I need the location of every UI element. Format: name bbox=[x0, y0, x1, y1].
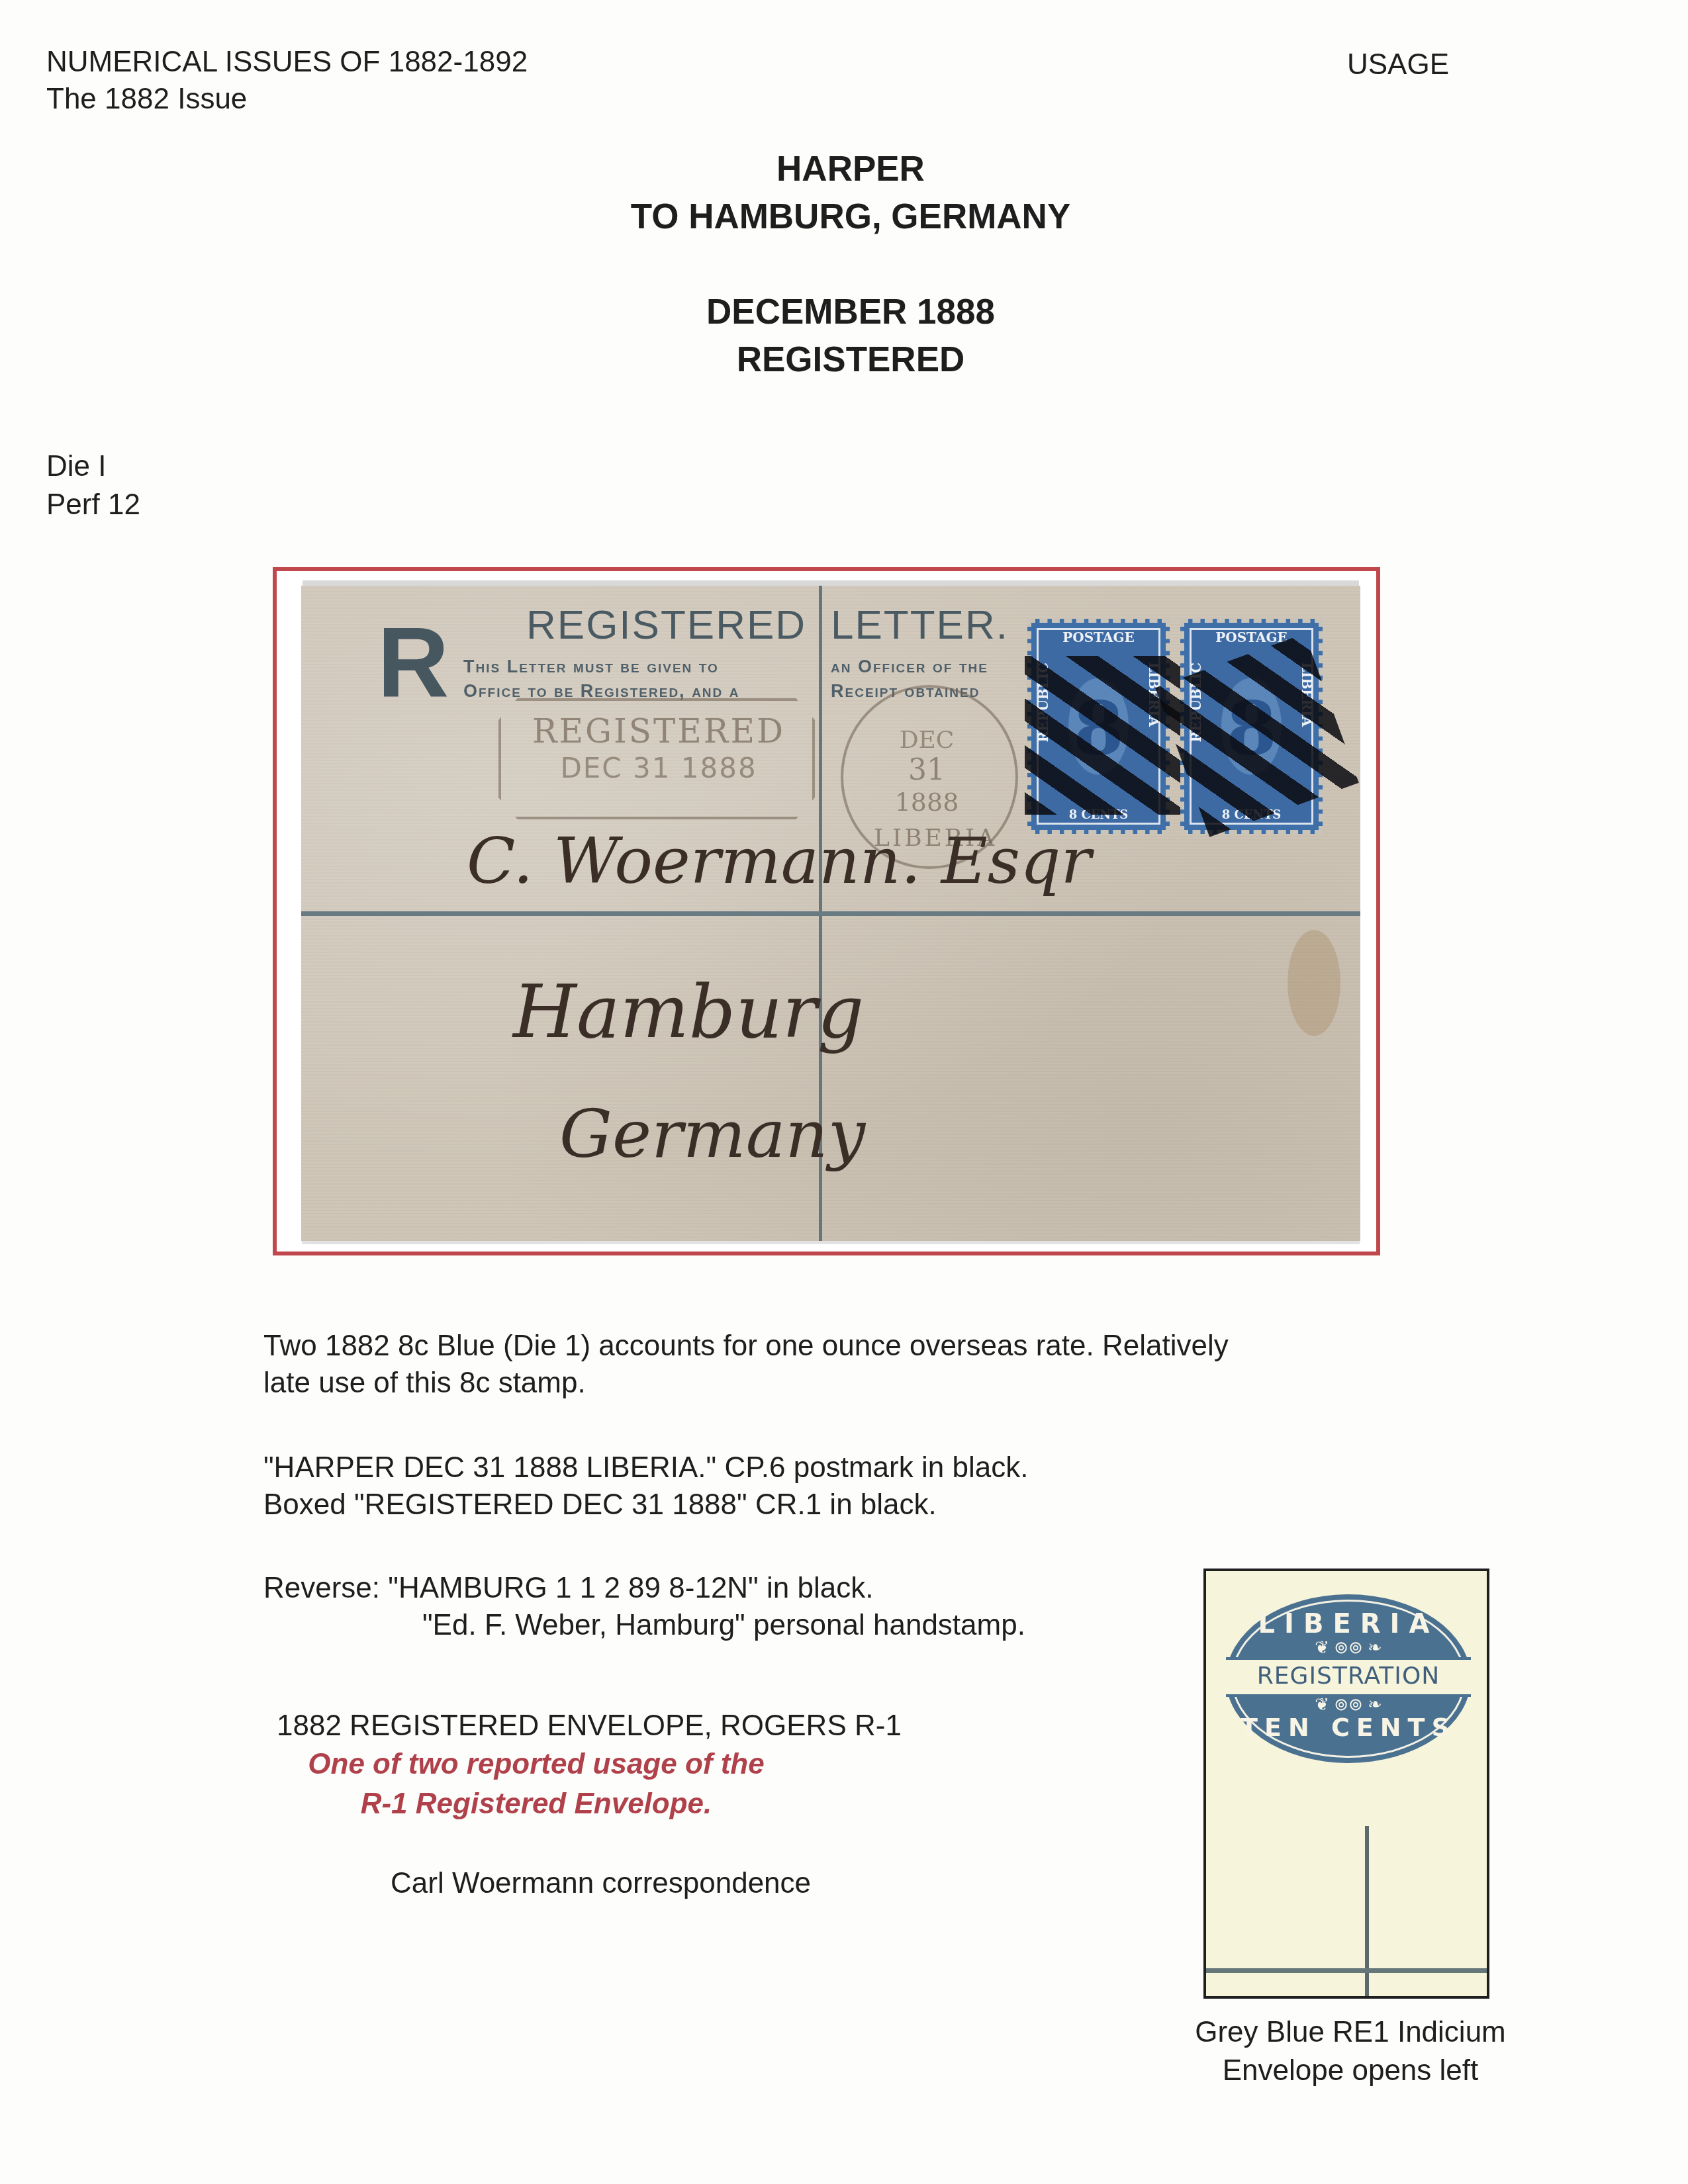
die-label: Die I bbox=[46, 447, 140, 486]
instruction-line-3: an Officer of the bbox=[831, 654, 988, 679]
reverse-description-2: "Ed. F. Weber, Hamburg" personal handsta… bbox=[422, 1607, 1025, 1644]
stamp-specs: Die I Perf 12 bbox=[46, 447, 140, 524]
reverse-description-1: Reverse: "HAMBURG 1 1 2 89 8-12N" in bla… bbox=[263, 1570, 873, 1607]
indicium-country: LIBERIA bbox=[1226, 1610, 1471, 1639]
envelope-heading-right: LETTER. bbox=[831, 599, 1009, 652]
address-city: Hamburg bbox=[513, 970, 864, 1054]
indicium-caption-2: Envelope opens left bbox=[1139, 2052, 1562, 2090]
route-title: HARPER TO HAMBURG, GERMANY bbox=[0, 146, 1688, 241]
postmark-description: "HARPER DEC 31 1888 LIBERIA." CP.6 postm… bbox=[263, 1449, 1028, 1486]
barred-cancel bbox=[1025, 656, 1184, 815]
issue-subtitle: The 1882 Issue bbox=[46, 81, 528, 118]
rate-description-2: late use of this 8c stamp. bbox=[263, 1365, 586, 1402]
indicium-value: TEN CENTS bbox=[1226, 1713, 1471, 1742]
section-label: USAGE bbox=[1347, 46, 1449, 83]
catalog-reference: 1882 REGISTERED ENVELOPE, ROGERS R-1 bbox=[277, 1707, 902, 1745]
indicium-label: REGISTRATION bbox=[1226, 1661, 1471, 1692]
destination-title: TO HAMBURG, GERMANY bbox=[7, 193, 1688, 241]
handstamp-date: DEC 31 1888 bbox=[520, 750, 798, 787]
stamp-8c-blue: POSTAGE 8 REPUBLIC LIBERIA 8 CENTS bbox=[1027, 619, 1170, 834]
postmark-year: 1888 bbox=[874, 788, 980, 817]
rarity-note-1: One of two reported usage of the bbox=[205, 1745, 867, 1784]
address-country: Germany bbox=[559, 1095, 865, 1173]
envelope-heading-left: REGISTERED bbox=[526, 599, 806, 652]
rarity-note-2: R-1 Registered Envelope. bbox=[205, 1784, 867, 1824]
date-line: DECEMBER 1888 bbox=[7, 289, 1688, 336]
service-line: REGISTERED bbox=[7, 336, 1688, 384]
series-title: NUMERICAL ISSUES OF 1882-1892 bbox=[46, 44, 528, 81]
scroll-ornament-icon: ❦ ⊚⊚ ❧ bbox=[1305, 1637, 1391, 1658]
envelope-horizontal-rule bbox=[301, 911, 1360, 916]
postmark-day: 31 bbox=[874, 754, 980, 786]
address-addressee: C. Woermann. Esqr bbox=[467, 824, 1091, 898]
handstamp-text: REGISTERED bbox=[520, 713, 798, 750]
date-title: DECEMBER 1888 REGISTERED bbox=[0, 289, 1688, 384]
postmark-month: DEC bbox=[874, 726, 980, 755]
page-header-left: NUMERICAL ISSUES OF 1882-1892 The 1882 I… bbox=[46, 44, 528, 118]
barred-cancel bbox=[1155, 633, 1359, 837]
stamp-top-label: POSTAGE bbox=[1031, 629, 1166, 645]
toning-stain bbox=[1288, 930, 1340, 1036]
rate-description-1: Two 1882 8c Blue (Die 1) accounts for on… bbox=[263, 1328, 1229, 1365]
registered-envelope-image: R REGISTERED LETTER. This Letter must be… bbox=[301, 586, 1360, 1241]
perf-label: Perf 12 bbox=[46, 486, 140, 524]
instruction-line-1: This Letter must be given to bbox=[463, 654, 719, 679]
stamp-8c-blue: POSTAGE 8 REPUBLIC LIBERIA 8 CENTS bbox=[1180, 619, 1323, 834]
indicium-horizontal-rule bbox=[1206, 1968, 1489, 1973]
registration-r-mark: R bbox=[377, 612, 449, 711]
correspondence-note: Carl Woermann correspondence bbox=[391, 1865, 811, 1902]
scroll-ornament-icon: ❦ ⊚⊚ ❧ bbox=[1305, 1694, 1391, 1715]
indicium-caption-1: Grey Blue RE1 Indicium bbox=[1139, 2013, 1562, 2052]
indicium-image: LIBERIA ❦ ⊚⊚ ❧ REGISTRATION ❦ ⊚⊚ ❧ TEN C… bbox=[1203, 1569, 1489, 1999]
boxed-handstamp-description: Boxed "REGISTERED DEC 31 1888" CR.1 in b… bbox=[263, 1486, 937, 1524]
origin-title: HARPER bbox=[7, 146, 1688, 193]
